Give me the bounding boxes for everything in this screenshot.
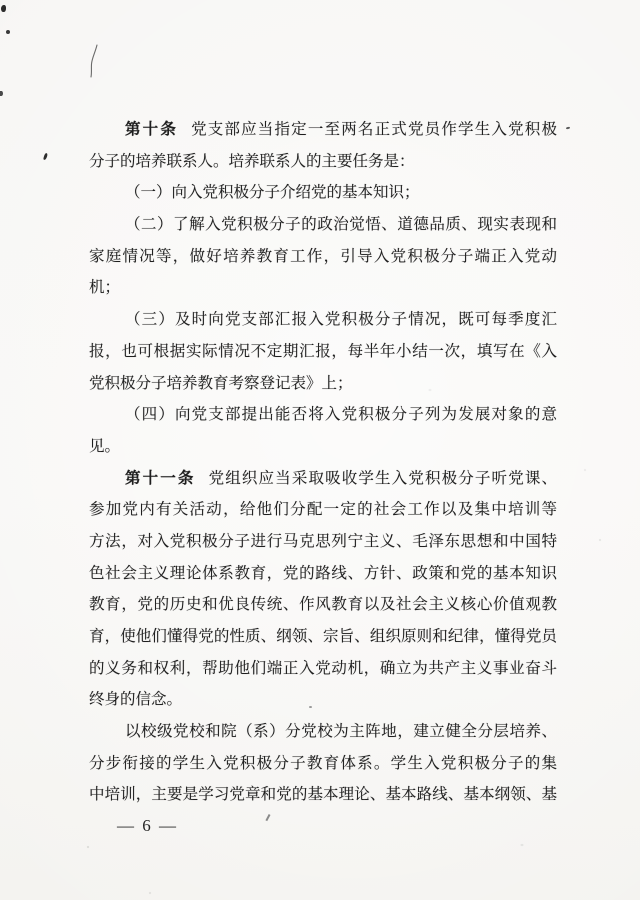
scan-speck	[566, 127, 570, 130]
line-text: 的义务和权利，帮助他们端正入党动机，确立为共产主义事业奋斗	[89, 660, 557, 677]
text-line: （三）及时向党支部汇报入党积极分子情况，既可每季度汇	[89, 304, 557, 336]
text-line: 的义务和权利，帮助他们端正入党动机，确立为共产主义事业奋斗	[89, 653, 557, 685]
text-line: （一）向入党积极分子介绍党的基本知识；	[89, 177, 557, 209]
page-number: — 6 —	[117, 816, 178, 836]
line-text: （二）了解入党积极分子的政治觉悟、道德品质、现实表现和	[125, 216, 557, 233]
scan-speck	[1, 5, 6, 12]
article-heading-line: 第十一条党组织应当采取吸收学生入党积极分子听党课、	[89, 463, 557, 495]
text-line: 机；	[89, 272, 557, 304]
text-line: 育，使他们懂得党的性质、纲领、宗旨、组织原则和纪律，懂得党员	[89, 621, 557, 653]
text-line: 中培训，主要是学习党章和党的基本理论、基本路线、基本纲领、基	[89, 779, 557, 811]
text-line: 终身的信念。	[89, 684, 557, 716]
line-text: （一）向入党积极分子介绍党的基本知识；	[125, 184, 420, 201]
scratch-mark	[86, 44, 100, 78]
line-text: 参加党内有关活动，给他们分配一定的社会工作以及集中培训等	[89, 501, 557, 518]
scan-speck	[43, 153, 48, 161]
text-line: （二）了解入党积极分子的政治觉悟、道德品质、现实表现和	[89, 209, 557, 241]
text-line: 分步衔接的学生入党积极分子教育体系。学生入党积极分子的集	[89, 748, 557, 780]
text-line: 色社会主义理论体系教育，党的路线、方针、政策和党的基本知识	[89, 558, 557, 590]
line-text: 报，也可根据实际情况不定期汇报，每半年小结一次，填写在《入	[89, 343, 557, 360]
article-number: 第十条	[125, 121, 178, 138]
line-text: 党组织应当采取吸收学生入党积极分子听党课、	[209, 470, 557, 487]
line-text: 分子的培养联系人。培养联系人的主要任务是：	[89, 153, 415, 170]
line-text: 家庭情况等，做好培养教育工作，引导入党积极分子端正入党动	[89, 248, 557, 265]
scan-speck	[0, 91, 3, 96]
scan-speck	[6, 30, 10, 34]
line-text: 分步衔接的学生入党积极分子教育体系。学生入党积极分子的集	[89, 755, 557, 772]
line-text: 方法，对入党积极分子进行马克思列宁主义、毛泽东思想和中国特	[89, 533, 557, 550]
line-text: 终身的信念。	[89, 691, 182, 708]
line-text: （三）及时向党支部汇报入党积极分子情况，既可每季度汇	[125, 311, 557, 328]
line-text: 色社会主义理论体系教育，党的路线、方针、政策和党的基本知识	[89, 565, 557, 582]
text-line: 分子的培养联系人。培养联系人的主要任务是：	[89, 146, 557, 178]
scan-speck	[265, 814, 270, 821]
line-text: 中培训，主要是学习党章和党的基本理论、基本路线、基本纲领、基	[89, 786, 557, 803]
text-line: 方法，对入党积极分子进行马克思列宁主义、毛泽东思想和中国特	[89, 526, 557, 558]
line-text: 教育，党的历史和优良传统、作风教育以及社会主义核心价值观教	[89, 596, 557, 613]
line-text: 育，使他们懂得党的性质、纲领、宗旨、组织原则和纪律，懂得党员	[89, 628, 557, 645]
text-line: （四）向党支部提出能否将入党积极分子列为发展对象的意	[89, 399, 557, 431]
line-text: （四）向党支部提出能否将入党积极分子列为发展对象的意	[125, 406, 557, 423]
document-body: 第十条党支部应当指定一至两名正式党员作学生入党积极分子的培养联系人。培养联系人的…	[89, 114, 557, 811]
line-text: 以校级党校和院（系）分党校为主阵地，建立健全分层培养、	[125, 723, 557, 740]
line-text: 机；	[89, 279, 120, 296]
line-text: 见。	[89, 438, 120, 455]
text-line: 参加党内有关活动，给他们分配一定的社会工作以及集中培训等	[89, 494, 557, 526]
article-heading-line: 第十条党支部应当指定一至两名正式党员作学生入党积极	[89, 114, 557, 146]
text-line: 以校级党校和院（系）分党校为主阵地，建立健全分层培养、	[89, 716, 557, 748]
text-line: 见。	[89, 431, 557, 463]
text-line: 教育，党的历史和优良传统、作风教育以及社会主义核心价值观教	[89, 589, 557, 621]
scanned-document-page: 第十条党支部应当指定一至两名正式党员作学生入党积极分子的培养联系人。培养联系人的…	[0, 0, 640, 900]
text-line: 报，也可根据实际情况不定期汇报，每半年小结一次，填写在《入	[89, 336, 557, 368]
text-line: 党积极分子培养教育考察登记表》上；	[89, 368, 557, 400]
line-text: 党支部应当指定一至两名正式党员作学生入党积极	[191, 121, 557, 138]
article-number: 第十一条	[125, 470, 196, 487]
text-line: 家庭情况等，做好培养教育工作，引导入党积极分子端正入党动	[89, 241, 557, 273]
line-text: 党积极分子培养教育考察登记表》上；	[89, 375, 353, 392]
